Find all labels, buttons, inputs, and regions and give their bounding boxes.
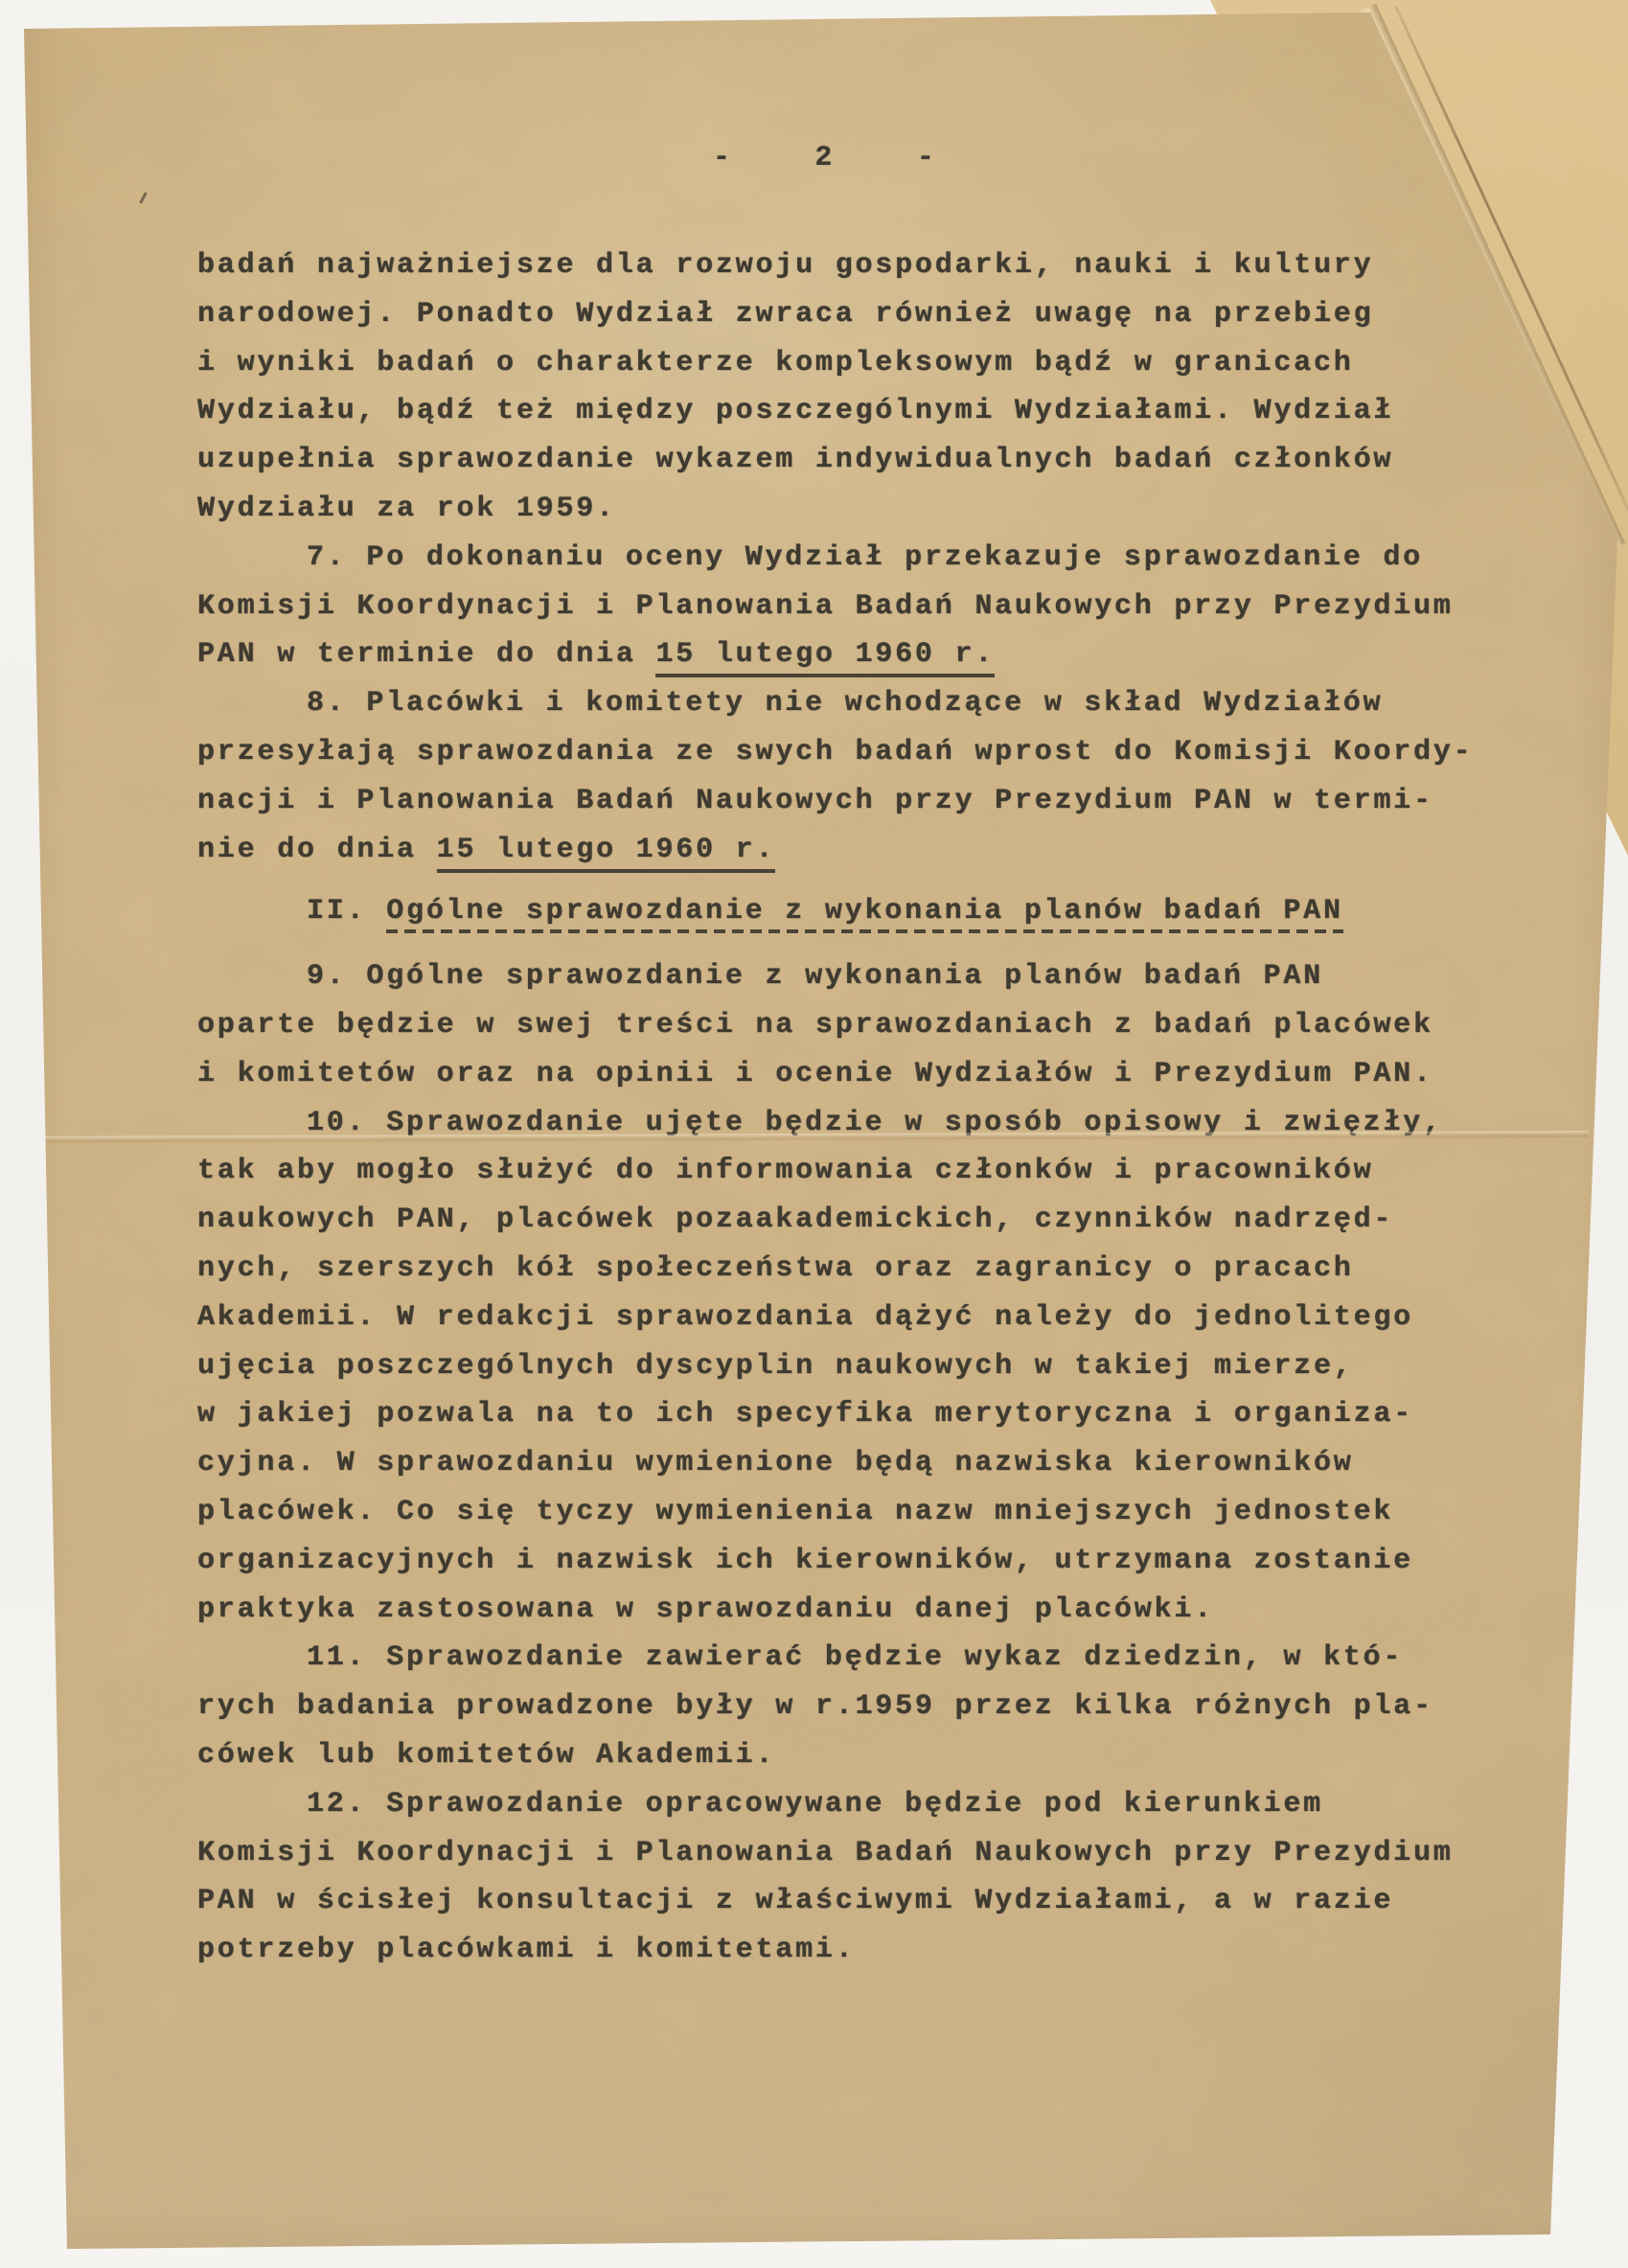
text-segment: Wydziału za rok 1959. [197, 493, 616, 525]
text-segment: 11. Sprawozdanie zawierać będzie wykaz d… [307, 1641, 1403, 1674]
text-segment: oparte będzie w swej treści na sprawozda… [197, 1009, 1433, 1042]
text-line: rych badania prowadzone były w r.1959 pr… [197, 1683, 1539, 1731]
text-segment: cówek lub komitetów Akademii. [197, 1739, 775, 1772]
text-segment: nych, szerszych kół społeczeństwa oraz z… [197, 1252, 1354, 1285]
scanner-background: - 2 - badań najważniejsze dla rozwoju go… [0, 0, 1628, 2268]
text-line: tak aby mogło służyć do informowania czł… [197, 1147, 1539, 1196]
text-line: badań najważniejsze dla rozwoju gospodar… [197, 241, 1539, 290]
stray-ink-mark [139, 192, 148, 204]
text-segment: cyjna. W sprawozdaniu wymienione będą na… [197, 1447, 1354, 1479]
text-segment: tak aby mogło służyć do informowania czł… [197, 1155, 1373, 1187]
text-segment: i komitetów oraz na opinii i ocenie Wydz… [197, 1058, 1433, 1090]
text-line: 7. Po dokonaniu oceny Wydział przekazuje… [197, 534, 1539, 583]
text-line: 9. Ogólne sprawozdanie z wykonania planó… [197, 952, 1539, 1001]
text-line: PAN w ścisłej konsultacji z właściwymi W… [197, 1877, 1539, 1926]
document-body: badań najważniejsze dla rozwoju gospodar… [197, 241, 1539, 1975]
text-line: uzupełnia sprawozdanie wykazem indywidua… [197, 436, 1539, 485]
text-line: Komisji Koordynacji i Planowania Badań N… [197, 583, 1539, 631]
text-line: potrzeby placówkami i komitetami. [197, 1926, 1539, 1975]
text-segment: uzupełnia sprawozdanie wykazem indywidua… [197, 444, 1393, 476]
text-line: narodowej. Ponadto Wydział zwraca równie… [197, 290, 1539, 339]
text-line: ujęcia poszczególnych dyscyplin naukowyc… [197, 1342, 1539, 1391]
text-segment: przesyłają sprawozdania ze swych badań w… [197, 736, 1473, 768]
text-line: 12. Sprawozdanie opracowywane będzie pod… [197, 1780, 1539, 1829]
text-line: oparte będzie w swej treści na sprawozda… [197, 1001, 1539, 1050]
text-line: Wydziału za rok 1959. [197, 485, 1539, 534]
text-line: placówek. Co się tyczy wymienienia nazw … [197, 1488, 1539, 1537]
text-segment: narodowej. Ponadto Wydział zwraca równie… [197, 298, 1373, 331]
text-segment: w jakiej pozwala na to ich specyfika mer… [197, 1398, 1413, 1431]
text-line: w jakiej pozwala na to ich specyfika mer… [197, 1390, 1539, 1439]
text-line: 8. Placówki i komitety nie wchodzące w s… [197, 679, 1539, 728]
section-heading: II. Ogólne sprawozdanie z wykonania plan… [197, 887, 1539, 936]
text-segment: Akademii. W redakcji sprawozdania dążyć … [197, 1301, 1413, 1334]
text-line: cówek lub komitetów Akademii. [197, 1731, 1539, 1780]
text-segment: II. [307, 895, 386, 928]
text-segment: praktyka zastosowana w sprawozdaniu dane… [197, 1593, 1214, 1626]
text-line: Akademii. W redakcji sprawozdania dążyć … [197, 1294, 1539, 1342]
document-page: - 2 - badań najważniejsze dla rozwoju go… [0, 0, 1628, 2268]
underlined-text: 15 lutego 1960 r. [655, 638, 995, 677]
underlined-text: Ogólne sprawozdanie z wykonania planów b… [386, 895, 1343, 933]
text-line: cyjna. W sprawozdaniu wymienione będą na… [197, 1439, 1539, 1488]
text-segment: PAN w ścisłej konsultacji z właściwymi W… [197, 1885, 1393, 1917]
text-segment: placówek. Co się tyczy wymienienia nazw … [197, 1496, 1393, 1528]
text-segment: organizacyjnych i nazwisk ich kierownikó… [197, 1545, 1413, 1577]
underlined-text: 15 lutego 1960 r. [437, 834, 776, 873]
text-line: Wydziału, bądź też między poszczególnymi… [197, 387, 1539, 436]
text-segment: badań najważniejsze dla rozwoju gospodar… [197, 249, 1373, 282]
text-segment: Komisji Koordynacji i Planowania Badań N… [197, 1837, 1454, 1869]
text-segment: 9. Ogólne sprawozdanie z wykonania planó… [307, 960, 1323, 993]
text-line: nych, szerszych kół społeczeństwa oraz z… [197, 1245, 1539, 1294]
text-line: naukowych PAN, placówek pozaakademickich… [197, 1196, 1539, 1245]
text-segment: Komisji Koordynacji i Planowania Badań N… [197, 590, 1454, 623]
text-line: nacji i Planowania Badań Naukowych przy … [197, 777, 1539, 826]
text-line: Komisji Koordynacji i Planowania Badań N… [197, 1829, 1539, 1878]
text-line: przesyłają sprawozdania ze swych badań w… [197, 728, 1539, 777]
text-segment: PAN w terminie do dnia [197, 638, 655, 671]
text-segment: ujęcia poszczególnych dyscyplin naukowyc… [197, 1350, 1354, 1383]
text-line: PAN w terminie do dnia 15 lutego 1960 r. [197, 630, 1539, 679]
text-segment: rych badania prowadzone były w r.1959 pr… [197, 1690, 1433, 1723]
text-segment: nie do dnia [197, 834, 437, 866]
text-segment: 8. Placówki i komitety nie wchodzące w s… [307, 687, 1383, 720]
text-line: 11. Sprawozdanie zawierać będzie wykaz d… [197, 1634, 1539, 1683]
page-number: - 2 - [713, 142, 937, 174]
text-line: nie do dnia 15 lutego 1960 r. [197, 826, 1539, 875]
text-segment: 7. Po dokonaniu oceny Wydział przekazuje… [307, 541, 1423, 574]
text-line: organizacyjnych i nazwisk ich kierownikó… [197, 1537, 1539, 1586]
text-line: i komitetów oraz na opinii i ocenie Wydz… [197, 1050, 1539, 1099]
text-segment: i wyniki badań o charakterze kompleksowy… [197, 347, 1354, 379]
text-line: praktyka zastosowana w sprawozdaniu dane… [197, 1586, 1539, 1635]
text-segment: naukowych PAN, placówek pozaakademickich… [197, 1203, 1393, 1236]
text-segment: 12. Sprawozdanie opracowywane będzie pod… [307, 1788, 1323, 1821]
text-segment: Wydziału, bądź też między poszczególnymi… [197, 395, 1393, 427]
text-segment: potrzeby placówkami i komitetami. [197, 1934, 856, 1966]
text-segment: nacji i Planowania Badań Naukowych przy … [197, 785, 1433, 817]
text-line: i wyniki badań o charakterze kompleksowy… [197, 339, 1539, 388]
